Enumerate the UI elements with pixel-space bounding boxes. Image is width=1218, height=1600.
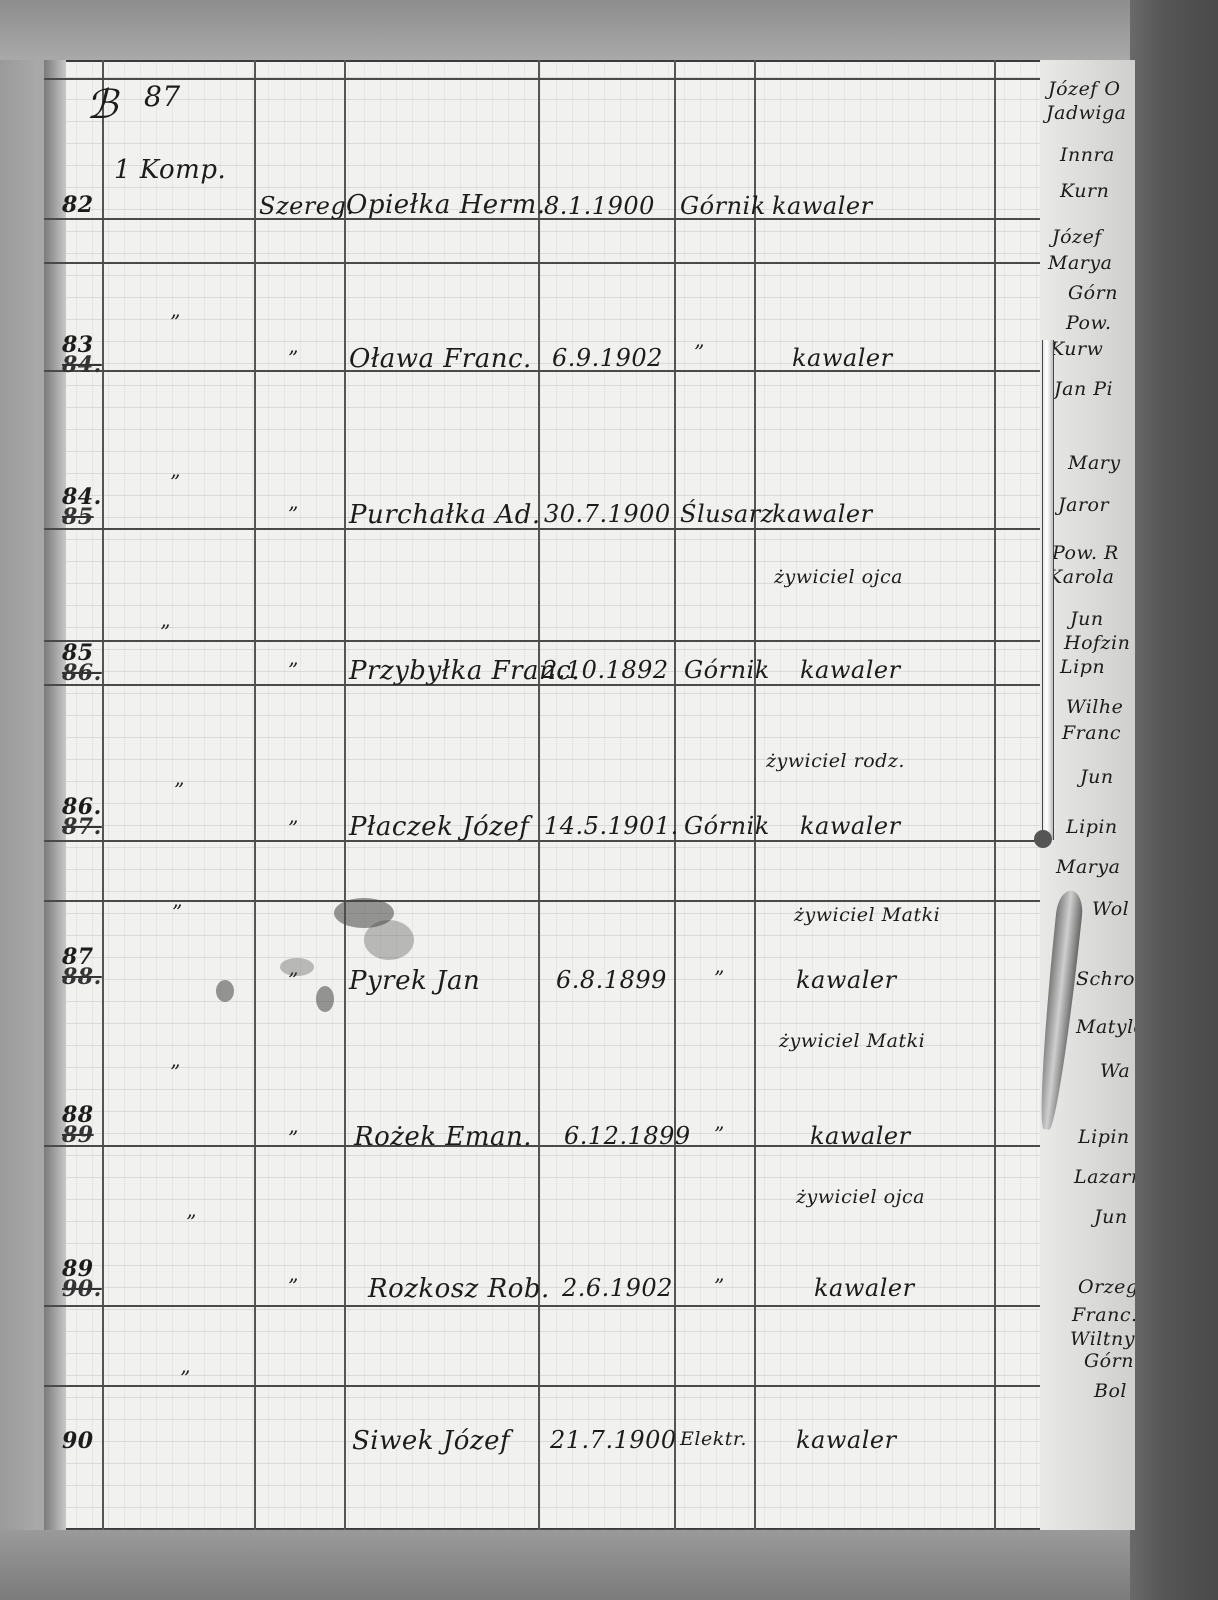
entry-old-number: 90. [62,1276,102,1302]
entry-rank: ” [288,658,299,682]
row-rule [44,840,1044,842]
margin-fragment: Lipn [1060,656,1105,678]
entry-occupation: Górnik [684,812,770,840]
margin-fragment: Schrop [1076,968,1135,990]
ink-stain [280,958,314,976]
ditto-mark: ” [170,310,181,334]
entry-old-number: 85 [62,504,94,530]
entry-status: kawaler [800,812,901,840]
margin-fragment: Kurn [1060,180,1109,202]
entry-name: Rozkosz Rob. [368,1274,550,1304]
margin-fragment: Karola [1048,566,1114,588]
margin-fragment: Józef [1052,226,1102,248]
entry-occupation: ” [694,340,705,364]
entry-note: żywiciel ojca [774,566,903,588]
entry-occupation: ” [714,1274,725,1298]
entry-status: kawaler [796,966,897,994]
ditto-mark: ” [180,1366,191,1390]
row-rule [44,640,1044,642]
row-rule [44,262,1044,264]
entry-name: Płaczek Józef [349,812,529,842]
margin-fragment: Wilhe [1066,696,1123,718]
margin-fragment: Matyld [1076,1016,1135,1038]
row-rule [44,1385,1044,1387]
entry-status: kawaler [772,500,873,528]
entry-status: kawaler [810,1122,911,1150]
entry-status: kawaler [796,1426,897,1454]
entry-birth-date: 2.10.1892 [542,656,669,684]
margin-fragment: Jaror [1058,494,1109,516]
column-rule-company [254,60,256,1530]
entry-rank: ” [288,816,299,840]
margin-fragment: Franc [1062,722,1121,744]
register-page: ℬ 87 1 Komp. 82 Szereg. Opiełka Herm. 8.… [44,60,1044,1530]
entry-occupation: Górnik [684,656,770,684]
page-symbol: ℬ [86,82,118,128]
ditto-mark: ” [174,778,185,802]
column-rule-rank [344,60,346,1530]
entry-rank: ” [288,346,299,370]
margin-fragment: Jan Pi [1054,378,1113,400]
entry-status: kawaler [772,192,873,220]
entry-birth-date: 14.5.1901. [544,812,679,840]
margin-fragment: Innra [1060,144,1115,166]
margin-fragment: Józef O [1048,78,1120,100]
section-header: 1 Komp. [114,155,226,185]
column-rule-name [538,60,540,1530]
margin-fragment: Jadwiga [1046,102,1126,124]
row-rule [44,528,1044,530]
margin-fragment: Jun [1080,766,1114,788]
ribbon-knot [1034,830,1052,848]
entry-birth-date: 30.7.1900 [544,500,671,528]
margin-fragment: Bol [1094,1380,1127,1402]
margin-fragment: Mary [1068,452,1121,474]
entry-status: kawaler [792,344,893,372]
margin-fragment: Pow. [1066,312,1112,334]
entry-note: żywiciel ojca [796,1186,925,1208]
entry-rank: Szereg. [259,192,354,220]
scan-bottom-margin [0,1530,1218,1600]
row-rule [44,78,1044,80]
binding-shadow [1130,0,1218,1600]
entry-status: kawaler [814,1274,915,1302]
entry-occupation: ” [714,966,725,990]
ink-stain [316,986,334,1012]
entry-name: Opiełka Herm. [346,190,546,220]
ditto-mark: ” [170,470,181,494]
entry-birth-date: 6.9.1902 [552,344,663,372]
entry-occupation: ” [714,1122,725,1146]
margin-fragment: Lipin [1066,816,1118,838]
entry-birth-date: 2.6.1902 [562,1274,673,1302]
bookmark-ribbon [1042,340,1054,840]
entry-name: Purchałka Ad. [349,500,541,530]
column-rule-number [102,60,104,1530]
margin-fragment: Marya [1056,856,1120,878]
entry-occupation: Ślusarz [680,500,774,528]
margin-fragment: Kurw [1050,338,1103,360]
ditto-mark: ” [172,900,183,924]
column-rule-birth [674,60,676,1530]
entry-note: żywiciel Matki [794,904,940,926]
margin-fragment: Orzego [1078,1276,1135,1298]
row-rule [44,1305,1044,1307]
entry-name: Siwek Józef [352,1426,510,1456]
entry-old-number: 88. [62,964,102,990]
margin-fragment: Wol [1092,898,1129,920]
entry-number: 90 [62,1428,94,1454]
scan-top-margin [0,0,1218,60]
column-rule-occupation [754,60,756,1530]
margin-fragment: Jun [1070,608,1104,630]
page-number: 87 [144,80,181,113]
ditto-mark: ” [160,620,171,644]
margin-fragment: Górn [1068,282,1118,304]
entry-note: żywiciel Matki [779,1030,925,1052]
ditto-mark: ” [186,1210,197,1234]
entry-birth-date: 8.1.1900 [544,192,655,220]
margin-fragment: Górn [1084,1350,1134,1372]
margin-fragment: Wa [1100,1060,1130,1082]
entry-occupation: Górnik [680,192,766,220]
margin-fragment: Franc. [1072,1304,1135,1326]
ditto-mark: ” [170,1060,181,1084]
entry-name: Oława Franc. [349,344,532,374]
column-rule-status [994,60,996,1530]
entry-note: żywiciel rodz. [766,750,905,772]
entry-rank: ” [288,1274,299,1298]
row-rule [44,370,1044,372]
entry-birth-date: 6.12.1899 [564,1122,691,1150]
entry-old-number: 89 [62,1122,94,1148]
margin-fragment: Pow. R [1052,542,1119,564]
margin-fragment: Marya [1048,252,1112,274]
entry-birth-date: 21.7.1900 [550,1426,677,1454]
entry-occupation: Elektr. [680,1428,747,1450]
entry-rank: ” [288,502,299,526]
entry-status: kawaler [800,656,901,684]
margin-fragment: Lazarn [1074,1166,1135,1188]
row-rule [44,900,1044,902]
entry-number: 82 [62,192,94,218]
entry-name: Pyrek Jan [349,966,480,996]
ink-stain [216,980,234,1002]
margin-fragment: Wiltny [1070,1328,1135,1350]
entry-name: Rożek Eman. [354,1122,532,1152]
entry-old-number: 86. [62,660,102,686]
entry-old-number: 87. [62,814,102,840]
margin-fragment: Hofzin [1064,632,1130,654]
margin-fragment: Lipin [1078,1126,1130,1148]
entry-birth-date: 6.8.1899 [556,966,667,994]
ink-stain [364,920,414,960]
entry-old-number: 84. [62,352,102,378]
adjacent-page-fragment: Józef O Jadwiga Innra Kurn Józef Marya G… [1040,60,1135,1530]
margin-fragment: Jun [1094,1206,1128,1228]
entry-rank: ” [288,1126,299,1150]
